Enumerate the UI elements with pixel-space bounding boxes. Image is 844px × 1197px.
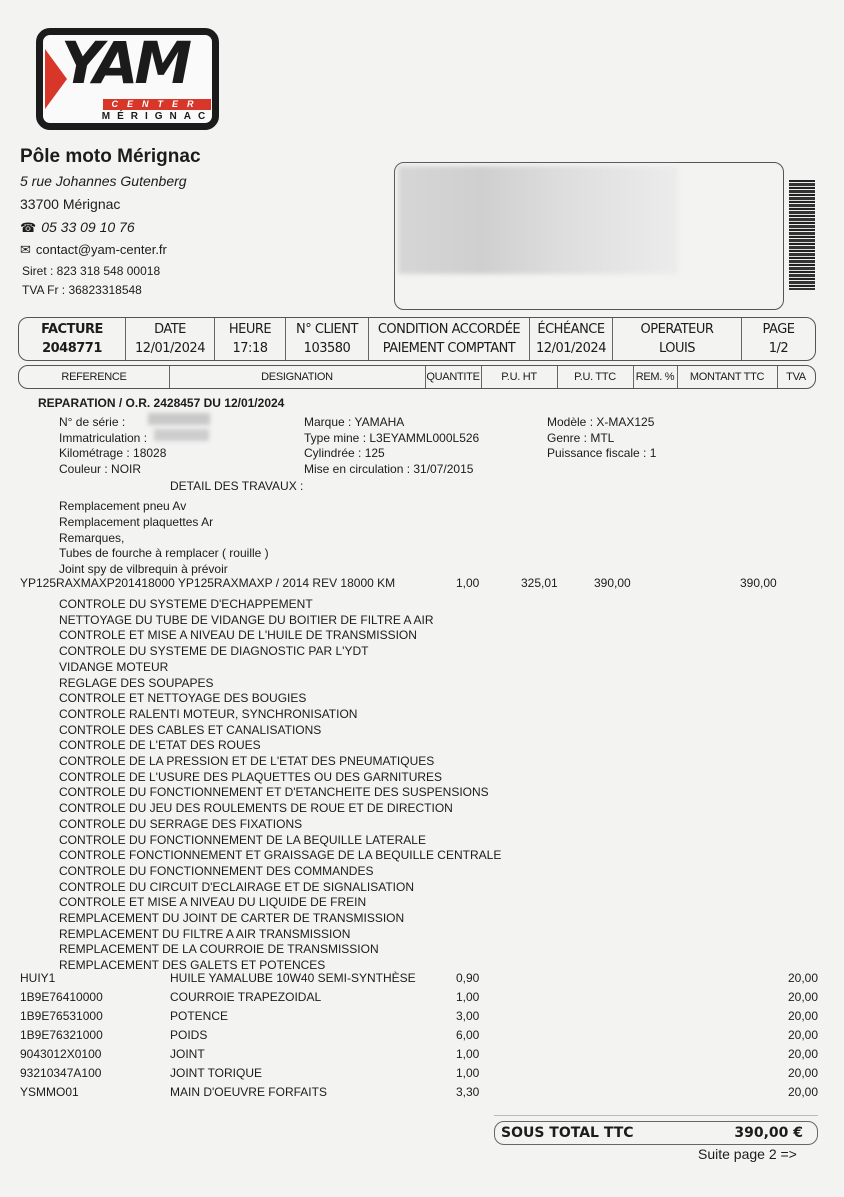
invoice-header-band: FACTURE2048771 DATE12/01/2024 HEURE17:18… — [18, 317, 816, 361]
logo-city: MÉRIGNAC — [99, 111, 215, 122]
repair-order-title: REPARATION / O.R. 2428457 DU 12/01/2024 — [38, 396, 284, 410]
part-quantity: 6,00 — [456, 1028, 479, 1042]
part-quantity: 0,90 — [456, 971, 479, 985]
invoice-time: 17:18 — [233, 339, 268, 358]
company-email: contact@yam-center.fr — [36, 242, 167, 257]
package-quantity: 1,00 — [456, 576, 479, 590]
col-pu-ht: P.U. HT — [481, 366, 558, 388]
operation-item: REMPLACEMENT DU FILTRE A AIR TRANSMISSIO… — [59, 927, 350, 941]
company-phone-line: ☎05 33 09 10 76 — [20, 219, 135, 236]
work-detail-item: Remarques, — [59, 531, 124, 545]
operation-item: CONTROLE FONCTIONNEMENT ET GRAISSAGE DE … — [59, 848, 501, 862]
operation-item: REMPLACEMENT DE LA COURROIE DE TRANSMISS… — [59, 942, 379, 956]
company-name: Pôle moto Mérignac — [20, 146, 201, 168]
operation-item: CONTROLE ET MISE A NIVEAU DU LIQUIDE DE … — [59, 895, 366, 909]
part-reference: 1B9E76531000 — [20, 1009, 103, 1023]
operation-item: CONTROLE DU SYSTEME D'ECHAPPEMENT — [59, 597, 313, 611]
work-detail-item: Joint spy de vilbrequin à prévoir — [59, 562, 228, 576]
operator: LOUIS — [659, 339, 695, 358]
part-tva: 20,00 — [788, 1066, 818, 1080]
col-reference: REFERENCE — [19, 366, 170, 388]
company-postal-city: 33700 Mérignac — [20, 196, 120, 212]
invoice-time-label: HEURE — [229, 320, 271, 339]
vehicle-field: N° de série : — [59, 415, 125, 429]
vehicle-field: Mise en circulation : 31/07/2015 — [304, 462, 473, 476]
due-date-cell: ÉCHÉANCE12/01/2024 — [530, 318, 613, 360]
work-detail-item: Remplacement pneu Av — [59, 499, 186, 513]
operation-item: CONTROLE DU FONCTIONNEMENT ET D'ETANCHEI… — [59, 785, 489, 799]
column-header-band: REFERENCE DESIGNATION QUANTITE P.U. HT P… — [18, 365, 816, 389]
vehicle-field: Kilométrage : 18028 — [59, 446, 166, 460]
telephone-icon: ☎ — [20, 220, 36, 236]
invoice-date-label: DATE — [154, 320, 186, 339]
page-cell: PAGE1/2 — [742, 318, 815, 360]
subtotal-label: SOUS TOTAL TTC — [501, 1125, 634, 1141]
due-date: 12/01/2024 — [536, 339, 606, 358]
part-tva: 20,00 — [788, 1009, 818, 1023]
operation-item: CONTROLE ET NETTOYAGE DES BOUGIES — [59, 691, 306, 705]
operation-item: CONTROLE ET MISE A NIVEAU DE L'HUILE DE … — [59, 628, 417, 642]
logo-text: YAM — [61, 29, 188, 97]
package-reference: YP125RAXMAXP201418000 YP125RAXMAXP / 201… — [20, 576, 395, 590]
company-email-line: ✉contact@yam-center.fr — [20, 242, 167, 258]
email-icon: ✉ — [20, 242, 31, 258]
company-logo: YAM CENTER MÉRIGNAC — [36, 28, 219, 130]
work-detail-item: Remplacement plaquettes Ar — [59, 515, 213, 529]
redacted-client-address — [398, 166, 678, 274]
col-pu-ttc: P.U. TTC — [557, 366, 634, 388]
part-tva: 20,00 — [788, 1028, 818, 1042]
col-quantity: QUANTITE — [425, 366, 482, 388]
company-siret: Siret : 823 318 548 00018 — [22, 264, 160, 278]
operation-item: CONTROLE DU SYSTEME DE DIAGNOSTIC PAR L'… — [59, 644, 368, 658]
part-quantity: 1,00 — [456, 990, 479, 1004]
operator-cell: OPERATEURLOUIS — [613, 318, 742, 360]
payment-condition: PAIEMENT COMPTANT — [383, 339, 516, 358]
col-tva: TVA — [777, 366, 815, 388]
part-designation: HUILE YAMALUBE 10W40 SEMI-SYNTHÈSE — [170, 971, 416, 985]
page-number: 1/2 — [769, 339, 788, 358]
part-quantity: 3,30 — [456, 1085, 479, 1099]
package-pu-ht: 325,01 — [521, 576, 558, 590]
part-tva: 20,00 — [788, 1047, 818, 1061]
part-quantity: 3,00 — [456, 1009, 479, 1023]
subtotal-value: 390,00 € — [734, 1125, 803, 1141]
operation-item: CONTROLE DU FONCTIONNEMENT DE LA BEQUILL… — [59, 833, 426, 847]
redacted-registration — [154, 429, 209, 441]
company-phone: 05 33 09 10 76 — [41, 219, 134, 235]
part-designation: MAIN D'OEUVRE FORFAITS — [170, 1085, 327, 1099]
work-details-title: DETAIL DES TRAVAUX : — [170, 479, 303, 493]
invoice-number-cell: FACTURE2048771 — [19, 318, 126, 360]
vehicle-field: Marque : YAMAHA — [304, 415, 404, 429]
operation-item: CONTROLE DES CABLES ET CANALISATIONS — [59, 723, 321, 737]
part-quantity: 1,00 — [456, 1047, 479, 1061]
operation-item: REGLAGE DES SOUPAPES — [59, 676, 214, 690]
vehicle-field: Type mine : L3EYAMML000L526 — [304, 431, 479, 445]
logo-subtitle: CENTER — [103, 99, 211, 110]
page-label: PAGE — [763, 320, 795, 339]
part-reference: HUIY1 — [20, 971, 55, 985]
work-detail-item: Tubes de fourche à remplacer ( rouille ) — [59, 546, 269, 560]
package-amount-ttc: 390,00 — [740, 576, 777, 590]
barcode — [789, 180, 815, 290]
vehicle-field: Cylindrée : 125 — [304, 446, 385, 460]
vehicle-field: Puissance fiscale : 1 — [547, 446, 656, 460]
invoice-date: 12/01/2024 — [135, 339, 205, 358]
part-reference: 93210347A100 — [20, 1066, 101, 1080]
invoice-number-label: FACTURE — [41, 320, 103, 339]
operation-item: CONTROLE RALENTI MOTEUR, SYNCHRONISATION — [59, 707, 357, 721]
invoice-time-cell: HEURE17:18 — [215, 318, 286, 360]
part-designation: COURROIE TRAPEZOIDAL — [170, 990, 321, 1004]
part-quantity: 1,00 — [456, 1066, 479, 1080]
part-reference: 1B9E76321000 — [20, 1028, 103, 1042]
operation-item: CONTROLE DE L'ETAT DES ROUES — [59, 738, 261, 752]
operation-item: REMPLACEMENT DU JOINT DE CARTER DE TRANS… — [59, 911, 404, 925]
continued-note: Suite page 2 => — [698, 1146, 797, 1162]
operation-item: VIDANGE MOTEUR — [59, 660, 168, 674]
operation-item: CONTROLE DU JEU DES ROULEMENTS DE ROUE E… — [59, 801, 453, 815]
subtotal-box: SOUS TOTAL TTC 390,00 € — [494, 1121, 818, 1145]
due-date-label: ÉCHÉANCE — [537, 320, 604, 339]
operation-item: NETTOYAGE DU TUBE DE VIDANGE DU BOITIER … — [59, 613, 434, 627]
operator-label: OPERATEUR — [641, 320, 714, 339]
divider — [494, 1115, 818, 1116]
part-reference: 9043012X0100 — [20, 1047, 101, 1061]
operation-item: CONTROLE DE L'USURE DES PLAQUETTES OU DE… — [59, 770, 442, 784]
client-number-cell: N° CLIENT103580 — [286, 318, 369, 360]
package-pu-ttc: 390,00 — [594, 576, 631, 590]
part-tva: 20,00 — [788, 990, 818, 1004]
part-designation: JOINT — [170, 1047, 205, 1061]
vehicle-field: Immatriculation : — [59, 431, 147, 445]
part-designation: POIDS — [170, 1028, 207, 1042]
part-designation: JOINT TORIQUE — [170, 1066, 262, 1080]
redacted-serial-number — [148, 413, 210, 425]
operation-item: CONTROLE DU SERRAGE DES FIXATIONS — [59, 817, 302, 831]
vehicle-field: Genre : MTL — [547, 431, 614, 445]
part-reference: 1B9E76410000 — [20, 990, 103, 1004]
col-discount: REM. % — [633, 366, 678, 388]
company-tva: TVA Fr : 36823318548 — [22, 283, 142, 297]
payment-condition-label: CONDITION ACCORDÉE — [378, 320, 520, 339]
company-address: 5 rue Johannes Gutenberg — [20, 173, 187, 189]
invoice-date-cell: DATE12/01/2024 — [126, 318, 215, 360]
operation-item: CONTROLE DU CIRCUIT D'ECLAIRAGE ET DE SI… — [59, 880, 414, 894]
part-tva: 20,00 — [788, 1085, 818, 1099]
operation-item: CONTROLE DE LA PRESSION ET DE L'ETAT DES… — [59, 754, 434, 768]
part-tva: 20,00 — [788, 971, 818, 985]
col-designation: DESIGNATION — [169, 366, 426, 388]
col-amount-ttc: MONTANT TTC — [677, 366, 778, 388]
client-number: 103580 — [304, 339, 351, 358]
invoice-number: 2048771 — [42, 339, 102, 358]
part-reference: YSMMO01 — [20, 1085, 79, 1099]
vehicle-field: Couleur : NOIR — [59, 462, 141, 476]
operation-item: REMPLACEMENT DES GALETS ET POTENCES — [59, 958, 325, 972]
operation-item: CONTROLE DU FONCTIONNEMENT DES COMMANDES — [59, 864, 373, 878]
client-number-label: N° CLIENT — [296, 320, 358, 339]
vehicle-field: Modèle : X-MAX125 — [547, 415, 654, 429]
part-designation: POTENCE — [170, 1009, 228, 1023]
payment-condition-cell: CONDITION ACCORDÉEPAIEMENT COMPTANT — [369, 318, 530, 360]
